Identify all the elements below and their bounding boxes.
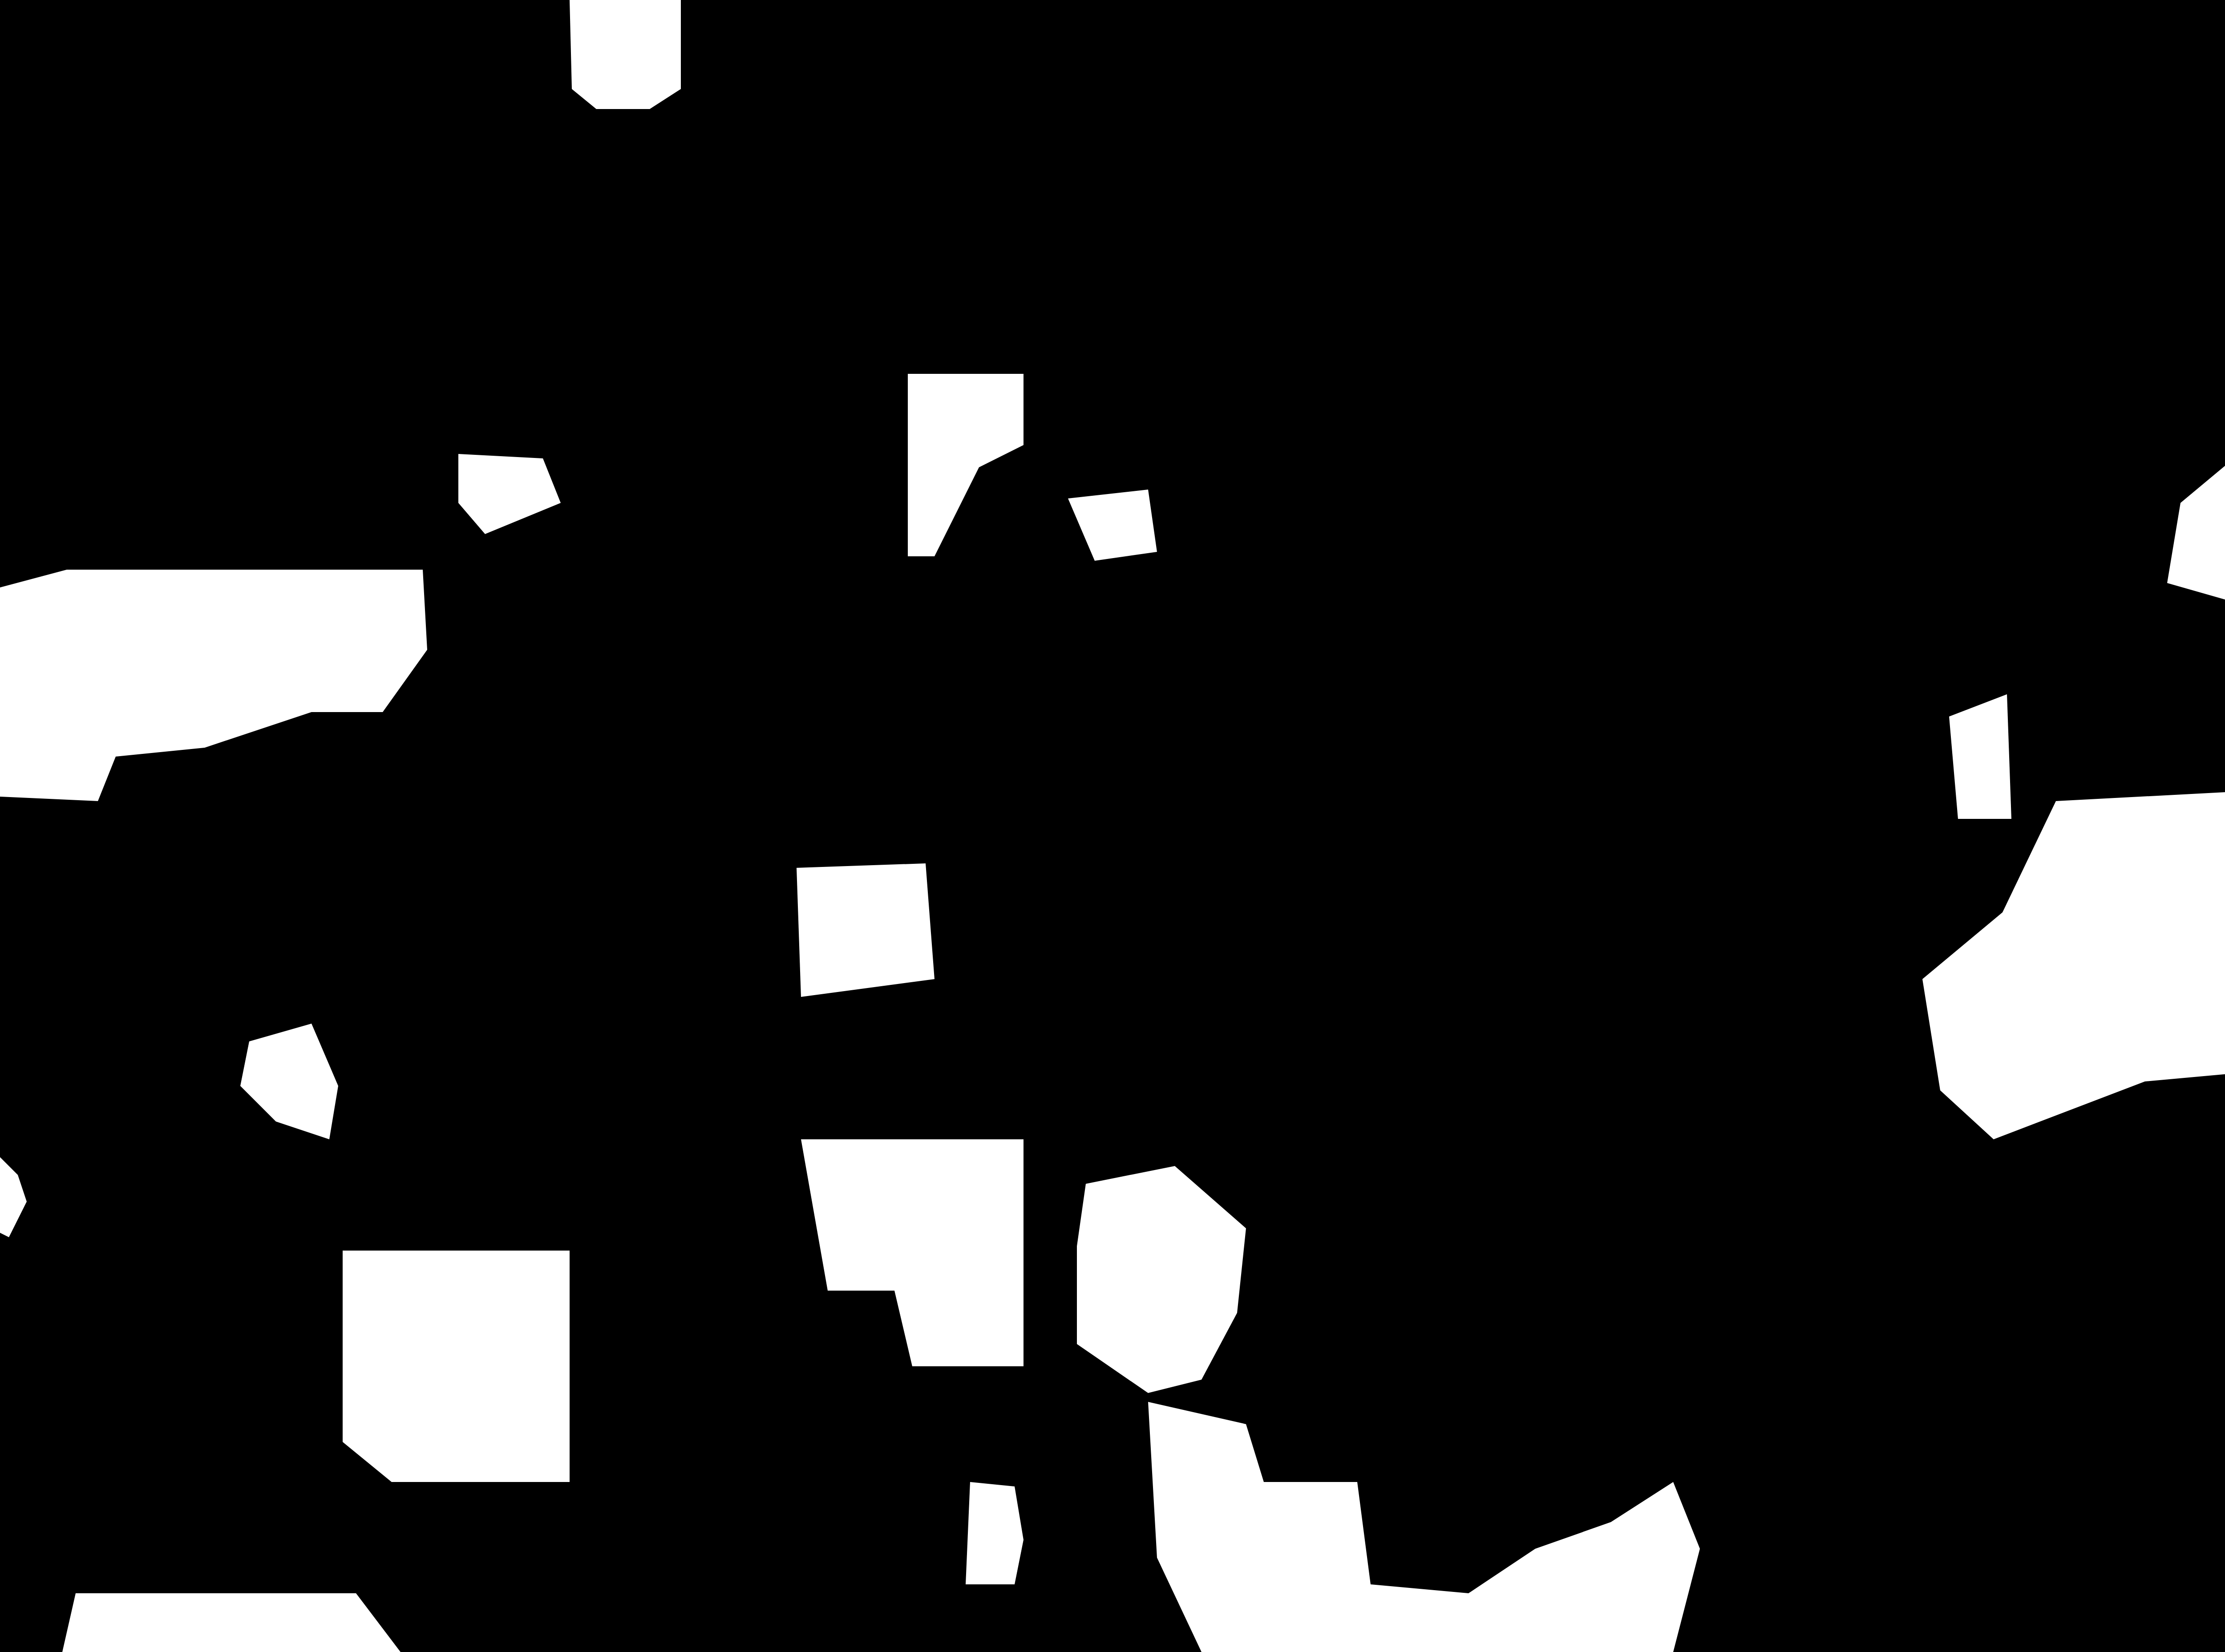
right-mid-cloud (1949, 694, 2011, 819)
bottom-small-blob (966, 1482, 1023, 1584)
top-center-blob (570, 0, 681, 109)
lower-left-block (343, 1251, 570, 1482)
bottom-left-block (62, 1593, 400, 1652)
mid-speckles (797, 863, 934, 997)
segmentation-mask (0, 0, 2225, 1652)
mask-background (0, 0, 2225, 1652)
